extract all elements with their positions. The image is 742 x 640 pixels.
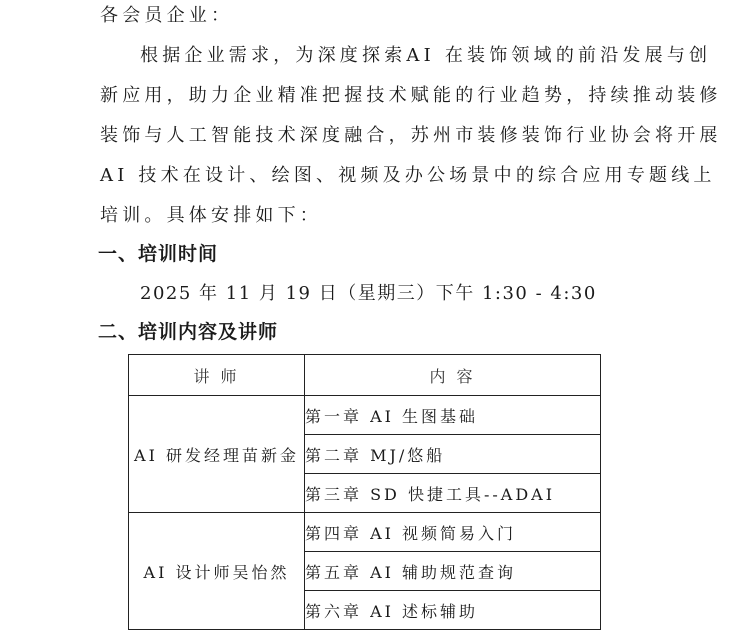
section-heading-content: 二、培训内容及讲师 [98,320,278,344]
table-row: AI 设计师吴怡然 第四章 AI 视频简易入门 [129,513,601,552]
intro-line-4: AI 技术在设计、绘图、视频及办公场景中的综合应用专题线上 [100,164,716,188]
table-header-row: 讲 师 内 容 [129,355,601,396]
chapter-cell: 第一章 AI 生图基础 [305,396,601,435]
chapter-cell: 第四章 AI 视频简易入门 [305,513,601,552]
header-teacher: 讲 师 [129,355,305,396]
intro-line-1: 根据企业需求，为深度探索AI 在装饰领域的前沿发展与创 [140,44,711,68]
chapter-cell: 第三章 SD 快捷工具--ADAI [305,474,601,513]
header-content: 内 容 [305,355,601,396]
teacher-cell: AI 设计师吴怡然 [129,513,305,630]
salutation: 各会员企业： [100,4,233,28]
document-page: 各会员企业： 根据企业需求，为深度探索AI 在装饰领域的前沿发展与创 新应用，助… [0,0,742,640]
schedule-table: 讲 师 内 容 AI 研发经理苗新金 第一章 AI 生图基础 第二章 MJ/悠船… [128,354,601,630]
chapter-cell: 第二章 MJ/悠船 [305,435,601,474]
section-heading-time: 一、培训时间 [98,242,218,266]
teacher-cell: AI 研发经理苗新金 [129,396,305,513]
chapter-cell: 第五章 AI 辅助规范查询 [305,552,601,591]
intro-line-5: 培训。具体安排如下： [100,204,322,228]
intro-line-3: 装饰与人工智能技术深度融合，苏州市装修装饰行业协会将开展 [100,124,722,148]
intro-line-2: 新应用，助力企业精准把握技术赋能的行业趋势，持续推动装修 [100,84,722,108]
table-row: AI 研发经理苗新金 第一章 AI 生图基础 [129,396,601,435]
chapter-cell: 第六章 AI 述标辅助 [305,591,601,630]
training-time: 2025 年 11 月 19 日（星期三）下午 1:30 - 4:30 [140,282,597,306]
